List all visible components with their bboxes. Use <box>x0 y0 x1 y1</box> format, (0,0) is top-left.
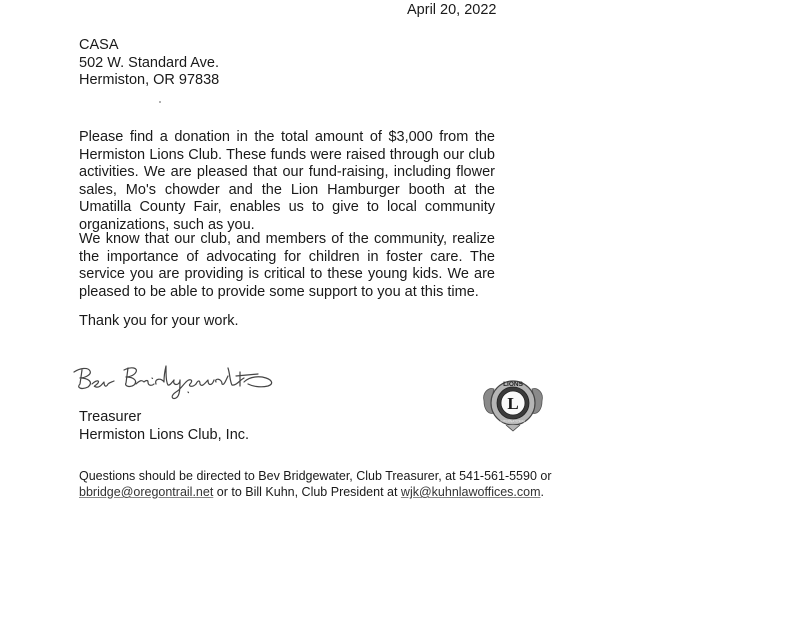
logo-letter: L <box>507 394 518 413</box>
handwritten-signature <box>68 358 283 408</box>
closing-line: Thank you for your work. <box>79 313 239 329</box>
footer-line-1: Questions should be directed to Bev Brid… <box>79 468 552 484</box>
footer-mid-text: or to Bill Kuhn, Club President at <box>213 485 401 499</box>
recipient-name: CASA <box>79 37 219 55</box>
body-paragraph-2: We know that our club, and members of th… <box>79 231 495 301</box>
footer-end-text: . <box>541 485 544 499</box>
letter-date: April 20, 2022 <box>407 2 496 18</box>
treasurer-email-link[interactable]: bbridge@oregontrail.net <box>79 485 213 499</box>
contact-footer: Questions should be directed to Bev Brid… <box>79 468 552 500</box>
recipient-city: Hermiston, OR 97838 <box>79 72 219 90</box>
lions-club-logo: LIONS L INTERNATIONAL <box>480 373 546 440</box>
logo-top-text: LIONS <box>503 381 524 388</box>
signer-organization: Hermiston Lions Club, Inc. <box>79 427 249 445</box>
lions-club-emblem-icon: LIONS L INTERNATIONAL <box>480 373 546 435</box>
recipient-address: CASA 502 W. Standard Ave. Hermiston, OR … <box>79 37 219 90</box>
signature-icon <box>68 358 283 403</box>
footer-line-2: bbridge@oregontrail.net or to Bill Kuhn,… <box>79 484 552 500</box>
body-paragraph-1: Please find a donation in the total amou… <box>79 129 495 234</box>
president-email-link[interactable]: wjk@kuhnlawoffices.com <box>401 485 541 499</box>
scan-speck <box>159 101 161 103</box>
recipient-street: 502 W. Standard Ave. <box>79 55 219 73</box>
logo-bottom-text: INTERNATIONAL <box>500 420 525 424</box>
signer-title: Treasurer <box>79 409 249 427</box>
signer-block: Treasurer Hermiston Lions Club, Inc. <box>79 409 249 444</box>
